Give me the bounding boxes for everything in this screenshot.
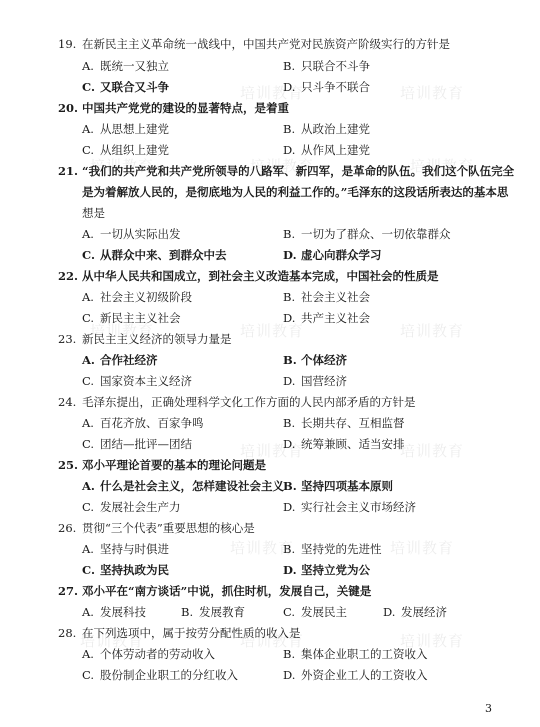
option-text: 发展民主 — [301, 605, 347, 619]
option-letter: B. — [283, 647, 301, 661]
option-text: 坚持党的先进性 — [301, 542, 382, 556]
question-text: 毛泽东提出，正确处理科学文化工作方面的人民内部矛盾的方针是 — [82, 395, 416, 409]
option-d: D.虚心向群众学习 — [283, 248, 382, 262]
option-b: B.坚持党的先进性 — [283, 542, 382, 556]
question-21: 21.“我们的共产党和共产党所领导的八路军、新四军，是革命的队伍。我们这个队伍完… — [58, 164, 514, 178]
option-d: D.统筹兼顾、适当安排 — [283, 437, 405, 451]
option-b: B.只联合不斗争 — [283, 59, 370, 73]
option-c: C.从群众中来、到群众中去 — [82, 248, 227, 262]
question-text: 邓小平在“南方谈话”中说，抓住时机，发展自己，关键是 — [82, 584, 371, 598]
page-number: 3 — [485, 702, 492, 715]
question-text: 从中华人民共和国成立，到社会主义改造基本完成，中国社会的性质是 — [82, 269, 439, 283]
option-text: 从思想上建党 — [100, 122, 169, 136]
option-b: B.发展教育 — [181, 605, 245, 619]
option-c: C.国家资本主义经济 — [82, 374, 192, 388]
option-text: 个体劳动者的劳动收入 — [100, 647, 215, 661]
question-25: 25.邓小平理论首要的基本的理论问题是 — [58, 458, 266, 472]
option-text: 合作社经济 — [100, 353, 158, 367]
option-text: 国营经济 — [301, 374, 347, 388]
option-text: 实行社会主义市场经济 — [301, 500, 416, 514]
option-text: 团结—批评—团结 — [100, 437, 192, 451]
option-c: C.发展民主 — [283, 605, 347, 619]
option-text: 共产主义社会 — [301, 311, 370, 325]
option-letter: A. — [82, 353, 100, 367]
option-c: C.从组织上建党 — [82, 143, 169, 157]
option-text: 一切从实际出发 — [100, 227, 181, 241]
question-20: 20.中国共产党党的建设的显著特点，是着重 — [58, 101, 289, 115]
option-a: A.合作社经济 — [82, 353, 158, 367]
option-letter: B. — [283, 122, 301, 136]
option-text: 只斗争不联合 — [301, 80, 370, 94]
option-text: 坚持执政为民 — [100, 563, 169, 577]
option-text: 发展教育 — [199, 605, 245, 619]
option-text: 外资企业工人的工资收入 — [301, 668, 428, 682]
option-letter: D. — [283, 563, 301, 577]
watermark: 培训教育 — [390, 537, 454, 558]
option-letter: D. — [283, 437, 301, 451]
option-letter: C. — [82, 248, 100, 262]
option-d: D.实行社会主义市场经济 — [283, 500, 416, 514]
question-26: 26.贯彻“三个代表”重要思想的核心是 — [58, 521, 255, 535]
option-c: C.发展社会生产力 — [82, 500, 181, 514]
question-text-continued: 想是 — [82, 206, 105, 220]
option-letter: C. — [82, 143, 100, 157]
option-b: B.社会主义社会 — [283, 290, 370, 304]
option-letter: C. — [82, 563, 100, 577]
option-text: 什么是社会主义，怎样建设社会主义 — [100, 479, 284, 493]
option-c: C.股份制企业职工的分红收入 — [82, 668, 238, 682]
option-d: D.只斗争不联合 — [283, 80, 370, 94]
option-letter: B. — [283, 416, 301, 430]
option-b: B.长期共存、互相监督 — [283, 416, 405, 430]
option-letter: D. — [283, 311, 301, 325]
question-text: 邓小平理论首要的基本的理论问题是 — [82, 458, 266, 472]
option-letter: C. — [82, 500, 100, 514]
option-letter: D. — [283, 80, 301, 94]
option-text: 集体企业职工的工资收入 — [301, 647, 428, 661]
option-text: 只联合不斗争 — [301, 59, 370, 73]
option-letter: A. — [82, 647, 100, 661]
option-letter: B. — [283, 353, 301, 367]
option-letter: A. — [82, 227, 100, 241]
question-23: 23.新民主主义经济的领导力量是 — [58, 332, 232, 346]
option-b: B.个体经济 — [283, 353, 347, 367]
question-number: 27. — [58, 584, 82, 598]
question-text: “我们的共产党和共产党所领导的八路军、新四军，是革命的队伍。我们这个队伍完全 — [82, 164, 514, 178]
option-text: 个体经济 — [301, 353, 347, 367]
option-a: A.从思想上建党 — [82, 122, 169, 136]
question-number: 20. — [58, 101, 82, 115]
option-text: 从政治上建党 — [301, 122, 370, 136]
watermark: 培训教育 — [400, 320, 464, 341]
option-c: C.坚持执政为民 — [82, 563, 169, 577]
option-letter: A. — [82, 542, 100, 556]
exam-page: 培训教育 培训教育 培训教育 培训教育 培训教育 培训教育 培训教育 培训教育 … — [0, 0, 540, 727]
option-a: A.社会主义初级阶段 — [82, 290, 192, 304]
option-a: A.既统一又独立 — [82, 59, 169, 73]
option-c: C.新民主主义社会 — [82, 311, 181, 325]
option-text: 发展社会生产力 — [100, 500, 181, 514]
option-text: 发展科技 — [100, 605, 146, 619]
option-letter: B. — [283, 59, 301, 73]
option-d: D.从作风上建党 — [283, 143, 370, 157]
question-number: 22. — [58, 269, 82, 283]
option-letter: C. — [82, 374, 100, 388]
option-text: 社会主义初级阶段 — [100, 290, 192, 304]
option-letter: D. — [283, 500, 301, 514]
option-a: A.发展科技 — [82, 605, 146, 619]
option-letter: B. — [283, 542, 301, 556]
question-19: 19.在新民主主义革命统一战线中，中国共产党对民族资产阶级实行的方针是 — [58, 37, 450, 51]
option-letter: A. — [82, 416, 100, 430]
question-text-continued: 是为着解放人民的，是彻底地为人民的利益工作的。”毛泽东的这段话所表达的基本思 — [82, 185, 508, 199]
option-text: 百花齐放、百家争鸣 — [100, 416, 204, 430]
option-text: 坚持四项基本原则 — [301, 479, 393, 493]
option-letter: C. — [82, 311, 100, 325]
question-number: 19. — [58, 37, 82, 51]
option-d: D.国营经济 — [283, 374, 347, 388]
question-number: 26. — [58, 521, 82, 535]
option-letter: B. — [283, 290, 301, 304]
option-b: B.从政治上建党 — [283, 122, 370, 136]
option-b: B.集体企业职工的工资收入 — [283, 647, 428, 661]
question-text: 中国共产党党的建设的显著特点，是着重 — [82, 101, 289, 115]
option-text: 从作风上建党 — [301, 143, 370, 157]
option-letter: A. — [82, 479, 100, 493]
watermark: 培训教育 — [400, 440, 464, 461]
option-text: 社会主义社会 — [301, 290, 370, 304]
option-text: 新民主主义社会 — [100, 311, 181, 325]
question-27: 27.邓小平在“南方谈话”中说，抓住时机，发展自己，关键是 — [58, 584, 371, 598]
option-d: D.坚持立党为公 — [283, 563, 370, 577]
question-number: 21. — [58, 164, 82, 178]
option-text: 发展经济 — [401, 605, 447, 619]
option-text: 既统一又独立 — [100, 59, 169, 73]
question-28: 28.在下列选项中，属于按劳分配性质的收入是 — [58, 626, 301, 640]
option-c: C.团结—批评—团结 — [82, 437, 192, 451]
question-number: 28. — [58, 626, 82, 640]
option-letter: D. — [283, 248, 301, 262]
question-text: 在下列选项中，属于按劳分配性质的收入是 — [82, 626, 301, 640]
option-text: 又联合又斗争 — [100, 80, 169, 94]
option-letter: D. — [383, 605, 401, 619]
question-number: 23. — [58, 332, 82, 346]
option-b: B.一切为了群众、一切依靠群众 — [283, 227, 451, 241]
option-a: A.什么是社会主义，怎样建设社会主义 — [82, 479, 284, 493]
question-text: 在新民主主义革命统一战线中，中国共产党对民族资产阶级实行的方针是 — [82, 37, 450, 51]
option-text: 坚持立党为公 — [301, 563, 370, 577]
option-letter: D. — [283, 374, 301, 388]
watermark: 培训教育 — [400, 82, 464, 103]
option-letter: B. — [283, 227, 301, 241]
option-d: D.发展经济 — [383, 605, 447, 619]
option-a: A.百花齐放、百家争鸣 — [82, 416, 204, 430]
option-letter: A. — [82, 605, 100, 619]
option-b: B.坚持四项基本原则 — [283, 479, 393, 493]
option-c: C.又联合又斗争 — [82, 80, 169, 94]
option-d: D.共产主义社会 — [283, 311, 370, 325]
option-text: 统筹兼顾、适当安排 — [301, 437, 405, 451]
option-text: 国家资本主义经济 — [100, 374, 192, 388]
question-number: 25. — [58, 458, 82, 472]
question-text: 贯彻“三个代表”重要思想的核心是 — [82, 521, 255, 535]
option-letter: A. — [82, 290, 100, 304]
question-24: 24.毛泽东提出，正确处理科学文化工作方面的人民内部矛盾的方针是 — [58, 395, 416, 409]
option-text: 从组织上建党 — [100, 143, 169, 157]
option-letter: C. — [82, 437, 100, 451]
option-a: A.个体劳动者的劳动收入 — [82, 647, 215, 661]
question-number: 24. — [58, 395, 82, 409]
option-letter: A. — [82, 59, 100, 73]
question-text: 新民主主义经济的领导力量是 — [82, 332, 232, 346]
option-text: 坚持与时俱进 — [100, 542, 169, 556]
option-letter: D. — [283, 143, 301, 157]
option-d: D.外资企业工人的工资收入 — [283, 668, 428, 682]
option-text: 股份制企业职工的分红收入 — [100, 668, 238, 682]
option-letter: A. — [82, 122, 100, 136]
question-22: 22.从中华人民共和国成立，到社会主义改造基本完成，中国社会的性质是 — [58, 269, 439, 283]
option-text: 长期共存、互相监督 — [301, 416, 405, 430]
option-a: A.坚持与时俱进 — [82, 542, 169, 556]
option-text: 虚心向群众学习 — [301, 248, 382, 262]
option-text: 从群众中来、到群众中去 — [100, 248, 227, 262]
option-letter: C. — [283, 605, 301, 619]
option-text: 一切为了群众、一切依靠群众 — [301, 227, 451, 241]
option-a: A.一切从实际出发 — [82, 227, 181, 241]
option-letter: C. — [82, 80, 100, 94]
option-letter: B. — [283, 479, 301, 493]
option-letter: D. — [283, 668, 301, 682]
option-letter: B. — [181, 605, 199, 619]
option-letter: C. — [82, 668, 100, 682]
